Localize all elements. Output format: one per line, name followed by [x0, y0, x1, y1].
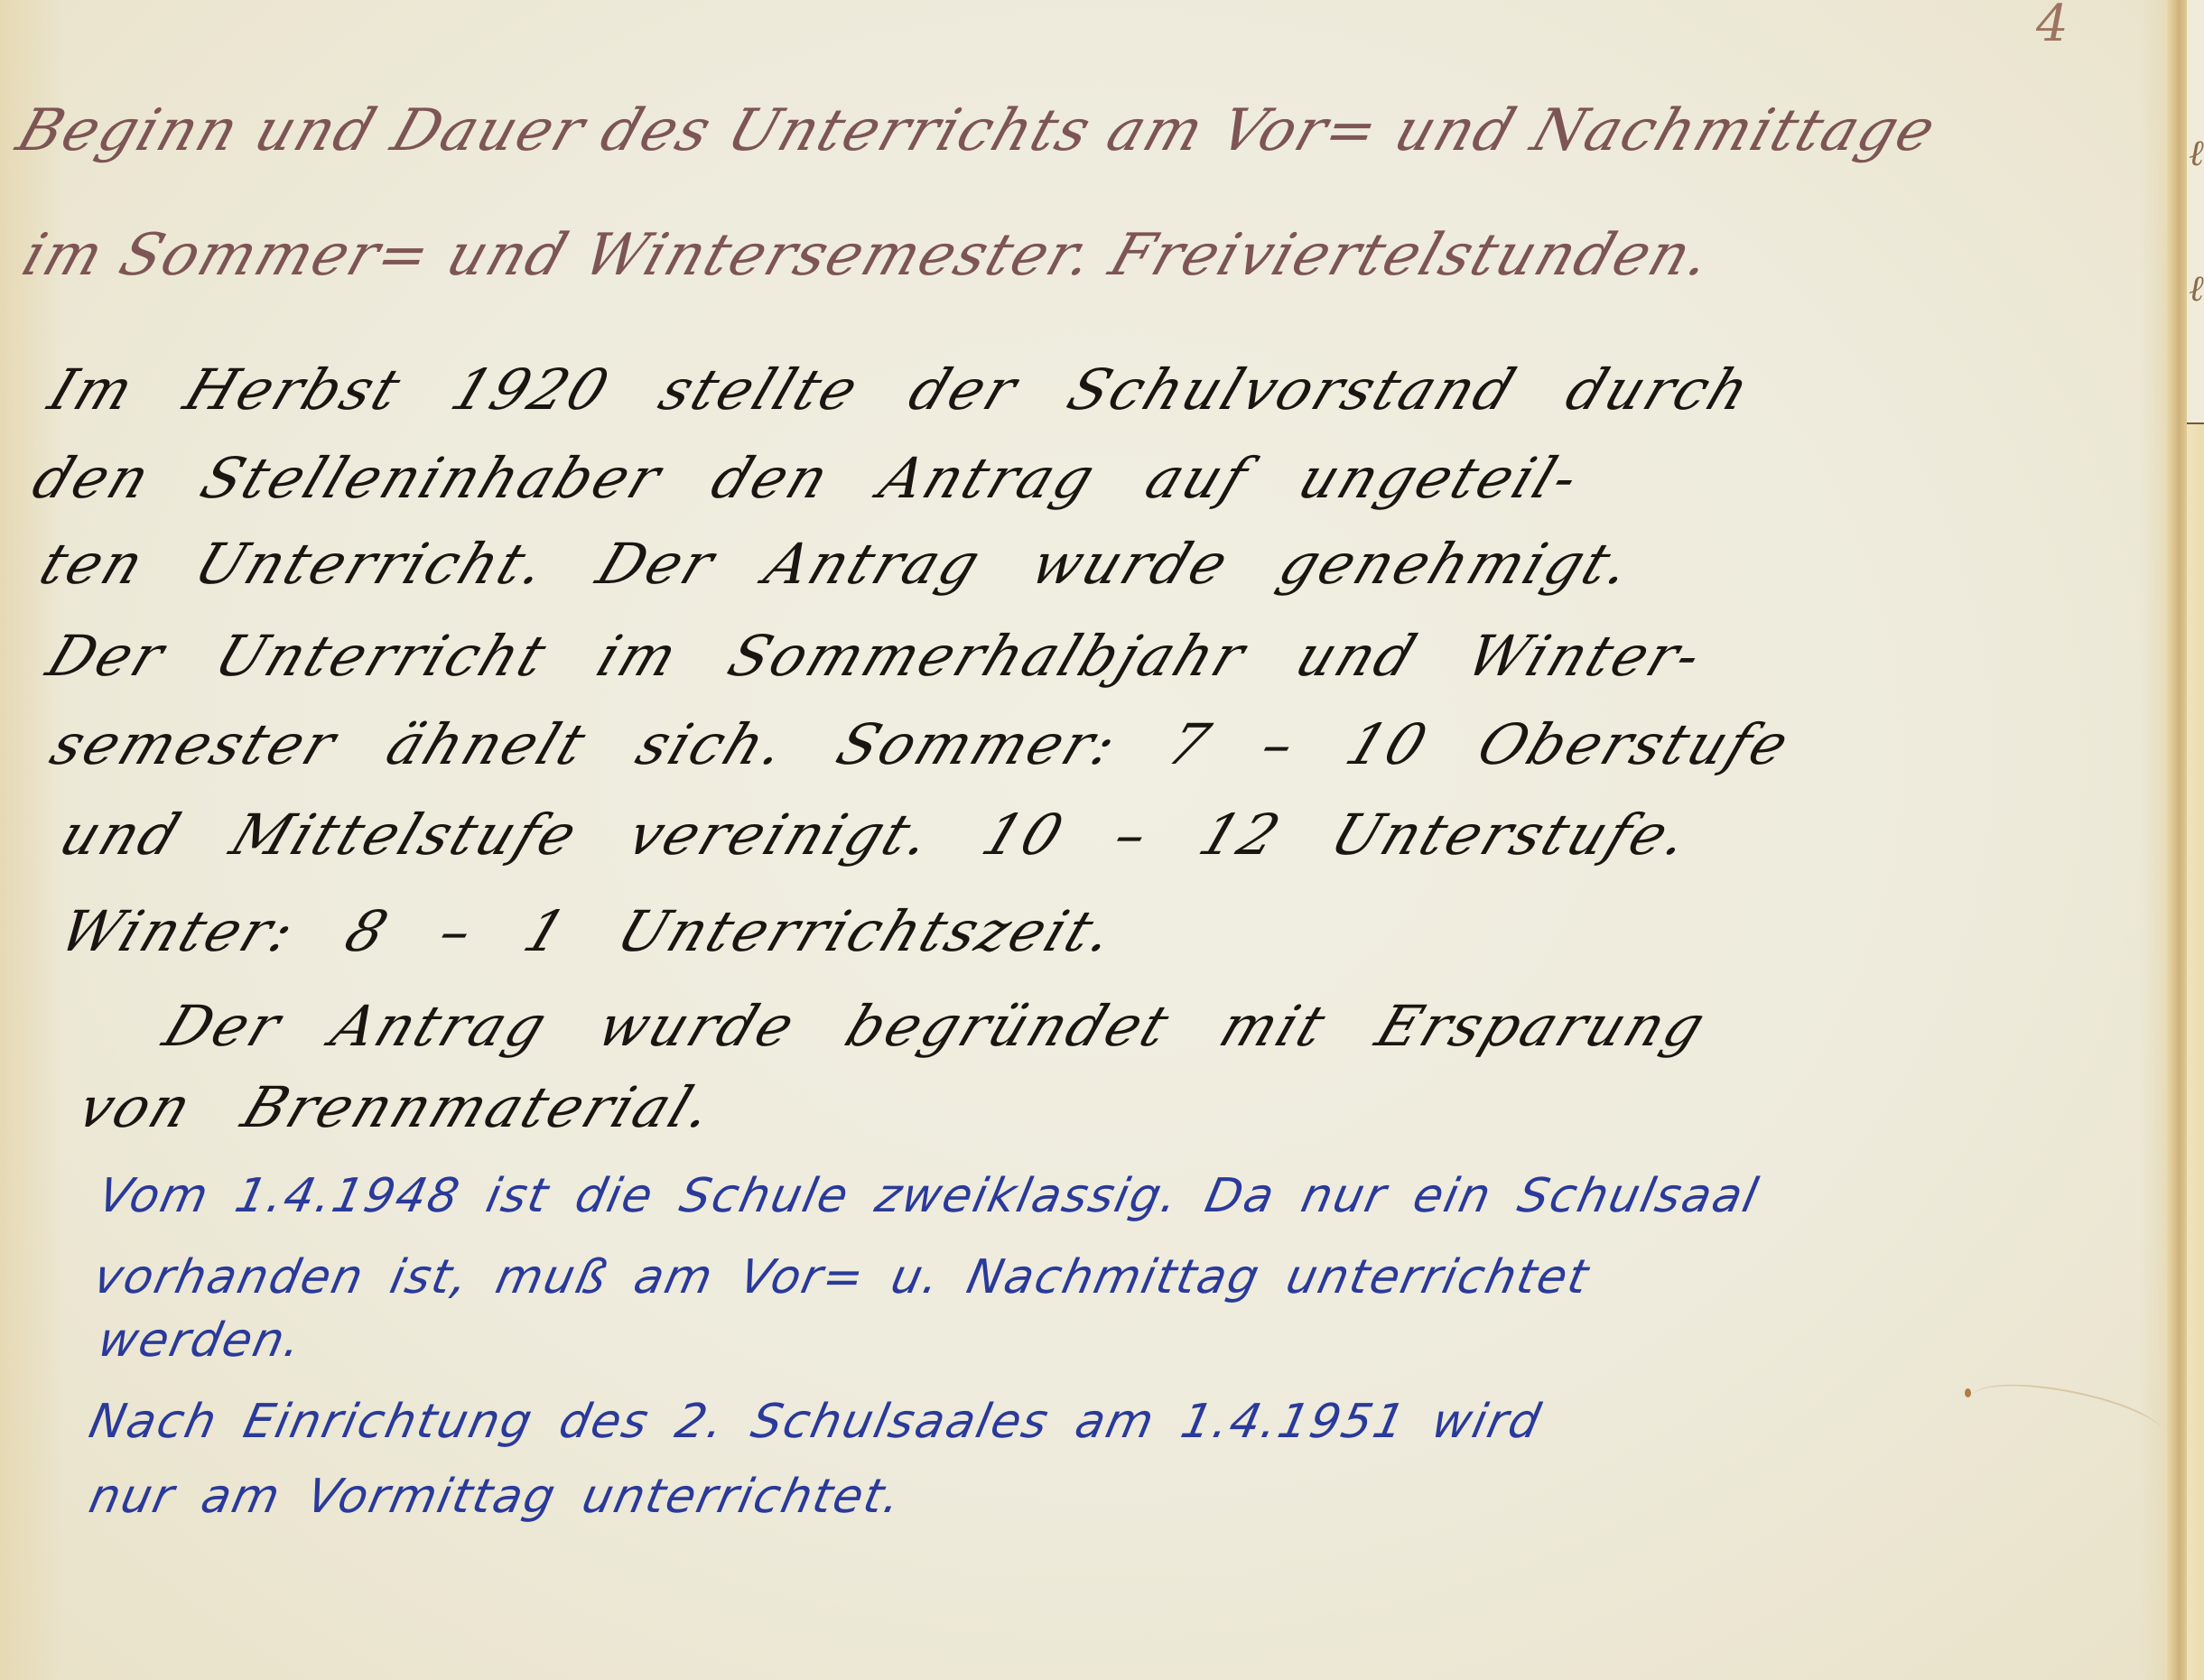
- body-line-9: von Brennmaterial.: [70, 1074, 725, 1140]
- page-number: 4: [2036, 0, 2069, 53]
- body-line-6: und Mittelstufe vereinigt. 10 – 12 Unter…: [51, 802, 1701, 868]
- body-line-8: Der Antrag wurde begründet mit Ersparung: [155, 993, 1716, 1059]
- neighbor-page-handwriting: ℓ: [2189, 271, 2204, 307]
- heading-line-1: Beginn und Dauer des Unterrichts am Vor=…: [9, 97, 1945, 164]
- gutter-shadow: [2140, 0, 2167, 1680]
- body-line-2: den Stelleninhaber den Antrag auf ungete…: [24, 445, 1590, 511]
- addendum-line-1: Vom 1.4.1948 ist die Schule zweiklassig.…: [94, 1169, 1764, 1223]
- addendum-line-3: werden.: [94, 1313, 308, 1368]
- ink-speck: [1965, 1388, 1971, 1397]
- body-line-1: Im Herbst 1920 stellte der Schulvorstand…: [41, 357, 1762, 422]
- document-scan: 4 Beginn und Dauer des Unterrichts am Vo…: [0, 0, 2204, 1680]
- body-line-3: ten Unterricht. Der Antrag wurde genehmi…: [32, 531, 1643, 597]
- neighbor-page-handwriting: ℓ: [2189, 135, 2204, 172]
- neighbor-page-fragment: [2187, 0, 2204, 424]
- body-line-4: Der Unterricht im Sommerhalbjahr und Win…: [39, 623, 1713, 689]
- body-line-7: Winter: 8 – 1 Unterrichtszeit.: [51, 898, 1126, 964]
- addendum-line-2: vorhanden ist, muß am Vor= u. Nachmittag…: [89, 1250, 1595, 1304]
- book-edge: [2167, 0, 2187, 1680]
- addendum-line-4: Nach Einrichtung des 2. Schulsaales am 1…: [85, 1395, 1547, 1449]
- addendum-line-5: nur am Vormittag unterrichtet.: [85, 1470, 907, 1524]
- heading-line-2: im Sommer= und Wintersemester. Freiviert…: [14, 222, 1721, 289]
- body-line-5: semester ähnelt sich. Sommer: 7 – 10 Obe…: [42, 711, 1800, 777]
